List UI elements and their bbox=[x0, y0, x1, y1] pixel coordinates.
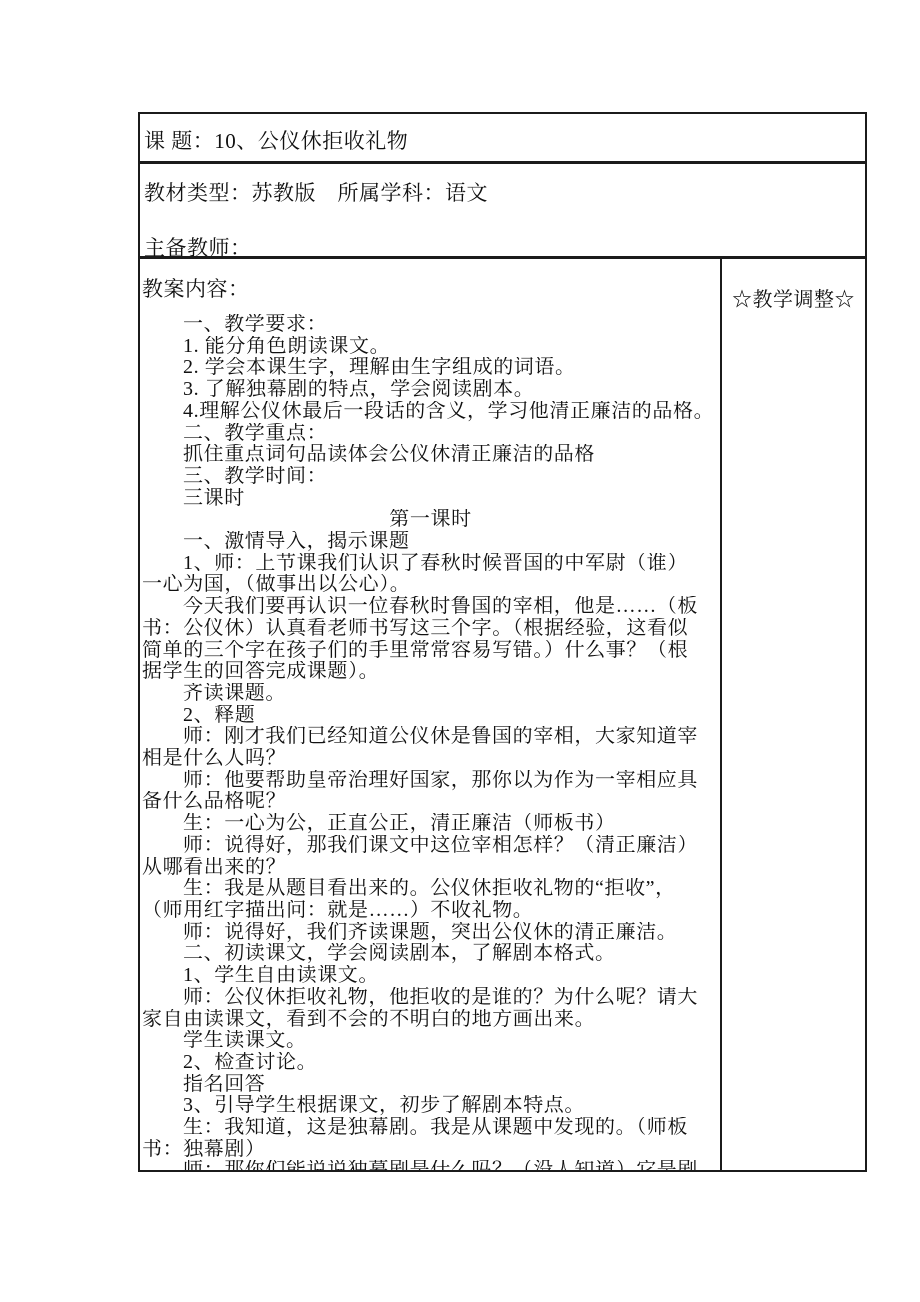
content-line: 师：说得好，那我们课文中这位宰相怎样？（清正廉洁） bbox=[142, 835, 719, 857]
content-line: 从哪看出来的？ bbox=[142, 857, 719, 879]
content-line: 二、初读课文，学会阅读剧本，了解剧本格式。 bbox=[142, 943, 719, 965]
content-line: 3、引导学生根据课文，初步了解剧本特点。 bbox=[142, 1095, 719, 1117]
content-line: 三课时 bbox=[142, 488, 719, 510]
content-line: 2、释题 bbox=[142, 705, 719, 727]
course-title: 课 题：10、公仪休拒收礼物 bbox=[144, 129, 408, 153]
content-line: 师：那你们能说说独幕剧是什么吗？（没人知道）它是剧 bbox=[142, 1160, 719, 1170]
content-line: 3. 了解独幕剧的特点，学会阅读剧本。 bbox=[142, 379, 719, 401]
content-header: 教案内容： bbox=[142, 273, 719, 303]
content-line: 一、激情导入，揭示课题 bbox=[142, 531, 719, 553]
content-line: 2、检查讨论。 bbox=[142, 1052, 719, 1074]
content-line: 第一课时 bbox=[142, 509, 719, 531]
content-line: 生：我是从题目看出来的。公仪休拒收礼物的“拒收”， bbox=[142, 878, 719, 900]
teaching-adjustment-cell: ☆教学调整☆ bbox=[722, 259, 865, 1170]
content-line: 相是什么人吗？ bbox=[142, 748, 719, 770]
content-line: （师用红字描出问：就是……）不收礼物。 bbox=[142, 900, 719, 922]
content-line: 师：他要帮助皇帝治理好国家，那你以为作为一宰相应具 bbox=[142, 770, 719, 792]
content-line: 一心为国，（做事出以公心）。 bbox=[142, 574, 719, 596]
content-line: 4.理解公仪休最后一段话的含义，学习他清正廉洁的品格。 bbox=[142, 401, 719, 423]
content-line: 师：说得好，我们齐读课题，突出公仪休的清正廉洁。 bbox=[142, 922, 719, 944]
title-row: 课 题：10、公仪休拒收礼物 bbox=[140, 114, 865, 164]
content-line: 书：独幕剧） bbox=[142, 1139, 719, 1161]
content-line: 师：刚才我们已经知道公仪休是鲁国的宰相，大家知道宰 bbox=[142, 726, 719, 748]
content-row: 教案内容： 一、教学要求：1. 能分角色朗读课文。2. 学会本课生字，理解由生字… bbox=[140, 259, 865, 1170]
content-line: 据学生的回答完成课题）。 bbox=[142, 661, 719, 683]
material-type-line: 教材类型：苏教版 所属学科：语文 bbox=[144, 177, 865, 207]
content-line: 今天我们要再认识一位春秋时鲁国的宰相，他是……（板 bbox=[142, 596, 719, 618]
content-line: 备什么品格呢？ bbox=[142, 791, 719, 813]
meta-row: 教材类型：苏教版 所属学科：语文 主备教师： bbox=[140, 164, 865, 259]
content-line: 生：一心为公，正直公正，清正廉洁（师板书） bbox=[142, 813, 719, 835]
content-line: 书：公仪休）认真看老师书写这三个字。（根据经验，这看似 bbox=[142, 618, 719, 640]
content-line: 简单的三个字在孩子们的手里常常容易写错。）什么事？（根 bbox=[142, 640, 719, 662]
content-line: 2. 学会本课生字，理解由生字组成的词语。 bbox=[142, 357, 719, 379]
lead-teacher-line: 主备教师： bbox=[144, 232, 865, 259]
lesson-plan-table: 课 题：10、公仪休拒收礼物 教材类型：苏教版 所属学科：语文 主备教师： 教案… bbox=[138, 112, 867, 1172]
content-line: 1、师：上节课我们认识了春秋时候晋国的中军尉（谁） bbox=[142, 553, 719, 575]
content-line: 一、教学要求： bbox=[142, 314, 719, 336]
lesson-content-cell: 教案内容： 一、教学要求：1. 能分角色朗读课文。2. 学会本课生字，理解由生字… bbox=[140, 259, 722, 1170]
content-line: 生：我知道，这是独幕剧。我是从课题中发现的。（师板 bbox=[142, 1117, 719, 1139]
content-line: 1、学生自由读课文。 bbox=[142, 965, 719, 987]
content-line: 齐读课题。 bbox=[142, 683, 719, 705]
content-line: 学生读课文。 bbox=[142, 1030, 719, 1052]
adjustment-header: ☆教学调整☆ bbox=[722, 283, 865, 312]
content-line: 三、教学时间： bbox=[142, 466, 719, 488]
content-line: 师：公仪休拒收礼物，他拒收的是谁的？为什么呢？请大 bbox=[142, 987, 719, 1009]
content-line: 二、教学重点： bbox=[142, 423, 719, 445]
content-lines: 一、教学要求：1. 能分角色朗读课文。2. 学会本课生字，理解由生字组成的词语。… bbox=[142, 314, 719, 1170]
content-line: 1. 能分角色朗读课文。 bbox=[142, 336, 719, 358]
document-page: 课 题：10、公仪休拒收礼物 教材类型：苏教版 所属学科：语文 主备教师： 教案… bbox=[0, 0, 920, 1302]
content-line: 家自由读课文，看到不会的不明白的地方画出来。 bbox=[142, 1009, 719, 1031]
content-line: 抓住重点词句品读体会公仪休清正廉洁的品格 bbox=[142, 444, 719, 466]
content-line: 指名回答 bbox=[142, 1074, 719, 1096]
